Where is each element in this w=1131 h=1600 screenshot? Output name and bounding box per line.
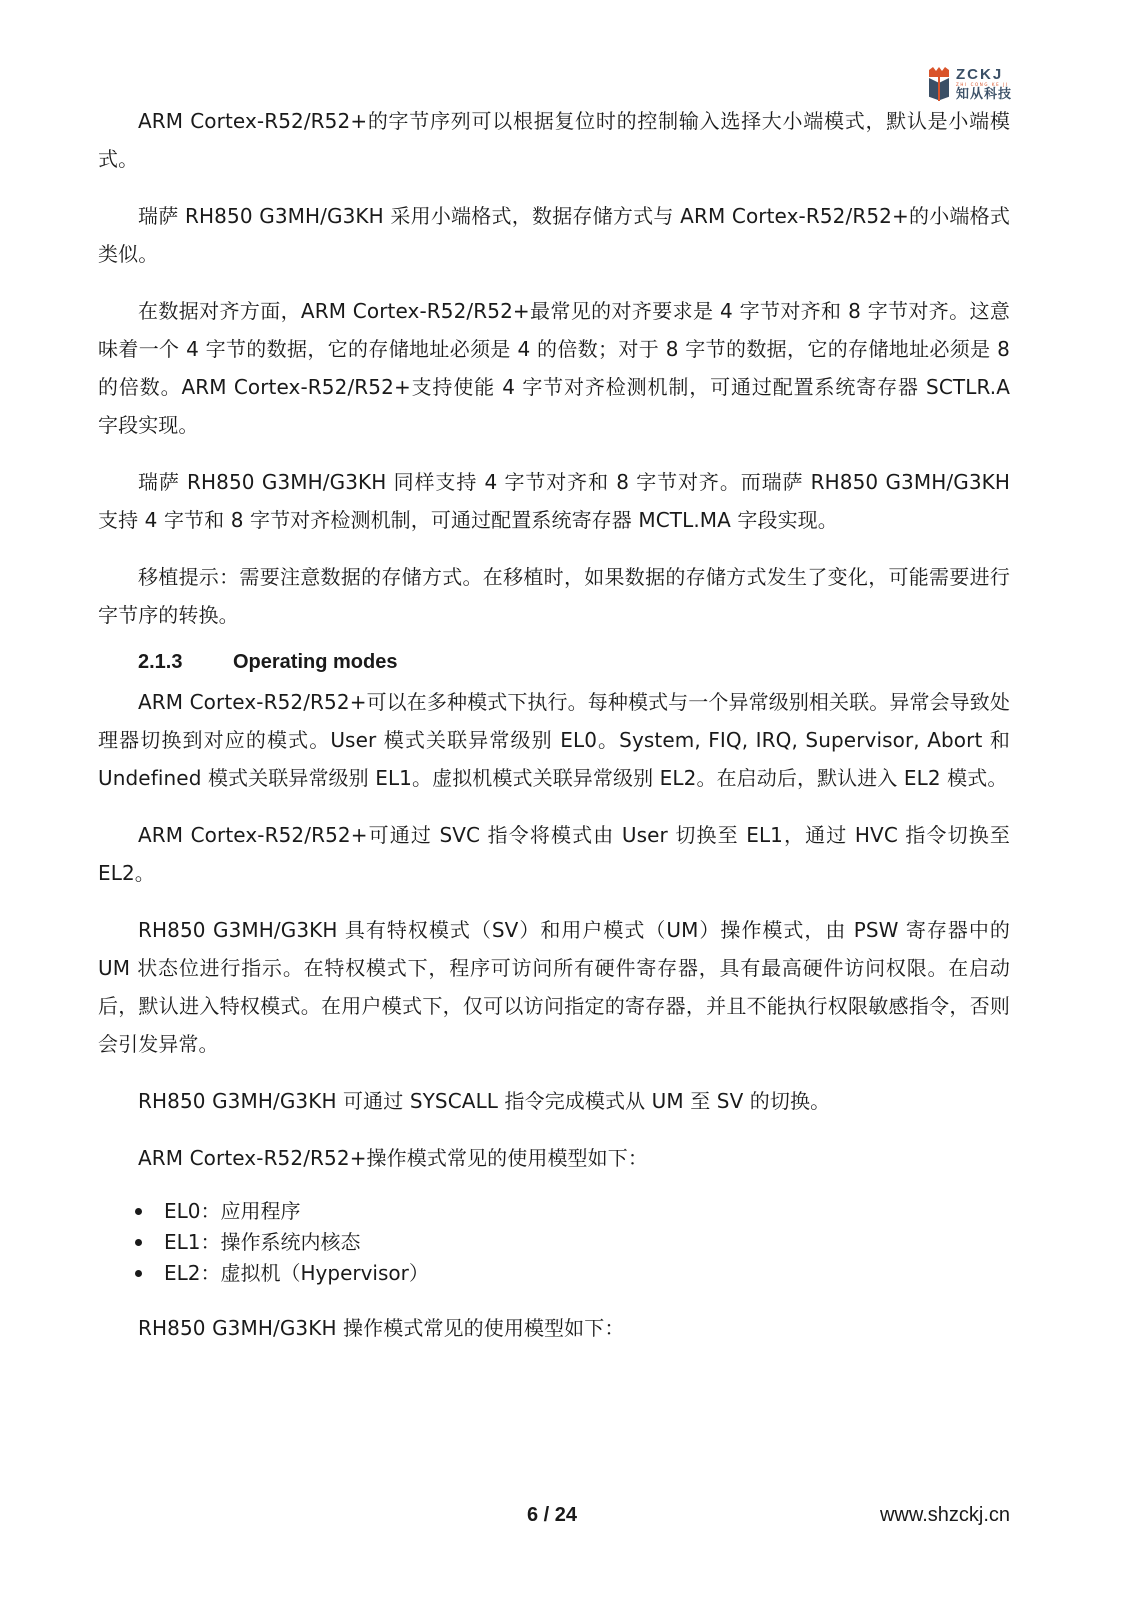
list-item: EL1：操作系统内核态 bbox=[98, 1227, 1010, 1258]
paragraph-rh850-usage-model: RH850 G3MH/G3KH 操作模式常见的使用模型如下： bbox=[98, 1309, 1010, 1347]
paragraph-arm-mode-switch: ARM Cortex-R52/R52+可通过 SVC 指令将模式由 User 切… bbox=[98, 816, 1010, 892]
paragraph-alignment-arm: 在数据对齐方面，ARM Cortex-R52/R52+最常见的对齐要求是 4 字… bbox=[98, 292, 1010, 444]
paragraph-rh850-modes: RH850 G3MH/G3KH 具有特权模式（SV）和用户模式（UM）操作模式，… bbox=[98, 911, 1010, 1063]
exception-level-list: EL0：应用程序 EL1：操作系统内核态 EL2：虚拟机（Hypervisor） bbox=[98, 1196, 1010, 1289]
list-item: EL2：虚拟机（Hypervisor） bbox=[98, 1258, 1010, 1289]
paragraph-rh850-syscall: RH850 G3MH/G3KH 可通过 SYSCALL 指令完成模式从 UM 至… bbox=[98, 1082, 1010, 1120]
section-title: Operating modes bbox=[233, 649, 397, 675]
section-number: 2.1.3 bbox=[138, 649, 233, 675]
paragraph-arm-modes: ARM Cortex-R52/R52+可以在多种模式下执行。每种模式与一个异常级… bbox=[98, 683, 1010, 797]
section-heading: 2.1.3 Operating modes bbox=[138, 649, 1010, 675]
paragraph-porting-tip: 移植提示：需要注意数据的存储方式。在移植时，如果数据的存储方式发生了变化，可能需… bbox=[98, 558, 1010, 634]
logo-wordmark: ZCKJ ZHI CONG KE JI 知从科技 bbox=[956, 67, 1012, 101]
bullet-icon bbox=[135, 1270, 142, 1277]
page-body: ARM Cortex-R52/R52+的字节序列可以根据复位时的控制输入选择大小… bbox=[98, 102, 1010, 1366]
logo-chinese: 知从科技 bbox=[956, 88, 1012, 101]
paragraph-rh850-endianness: 瑞萨 RH850 G3MH/G3KH 采用小端格式，数据存储方式与 ARM Co… bbox=[98, 197, 1010, 273]
company-logo: ZCKJ ZHI CONG KE JI 知从科技 bbox=[928, 66, 1034, 102]
page-number: 6 / 24 bbox=[527, 1504, 577, 1527]
paragraph-alignment-rh850: 瑞萨 RH850 G3MH/G3KH 同样支持 4 字节对齐和 8 字节对齐。而… bbox=[98, 463, 1010, 539]
list-item: EL0：应用程序 bbox=[98, 1196, 1010, 1227]
bullet-icon bbox=[135, 1239, 142, 1246]
book-crown-icon bbox=[928, 67, 950, 101]
logo-latin: ZCKJ bbox=[956, 67, 1012, 82]
paragraph-endianness: ARM Cortex-R52/R52+的字节序列可以根据复位时的控制输入选择大小… bbox=[98, 102, 1010, 178]
paragraph-arm-usage-model: ARM Cortex-R52/R52+操作模式常见的使用模型如下： bbox=[98, 1139, 1010, 1177]
footer-website: www.shzckj.cn bbox=[880, 1504, 1010, 1527]
bullet-icon bbox=[135, 1208, 142, 1215]
